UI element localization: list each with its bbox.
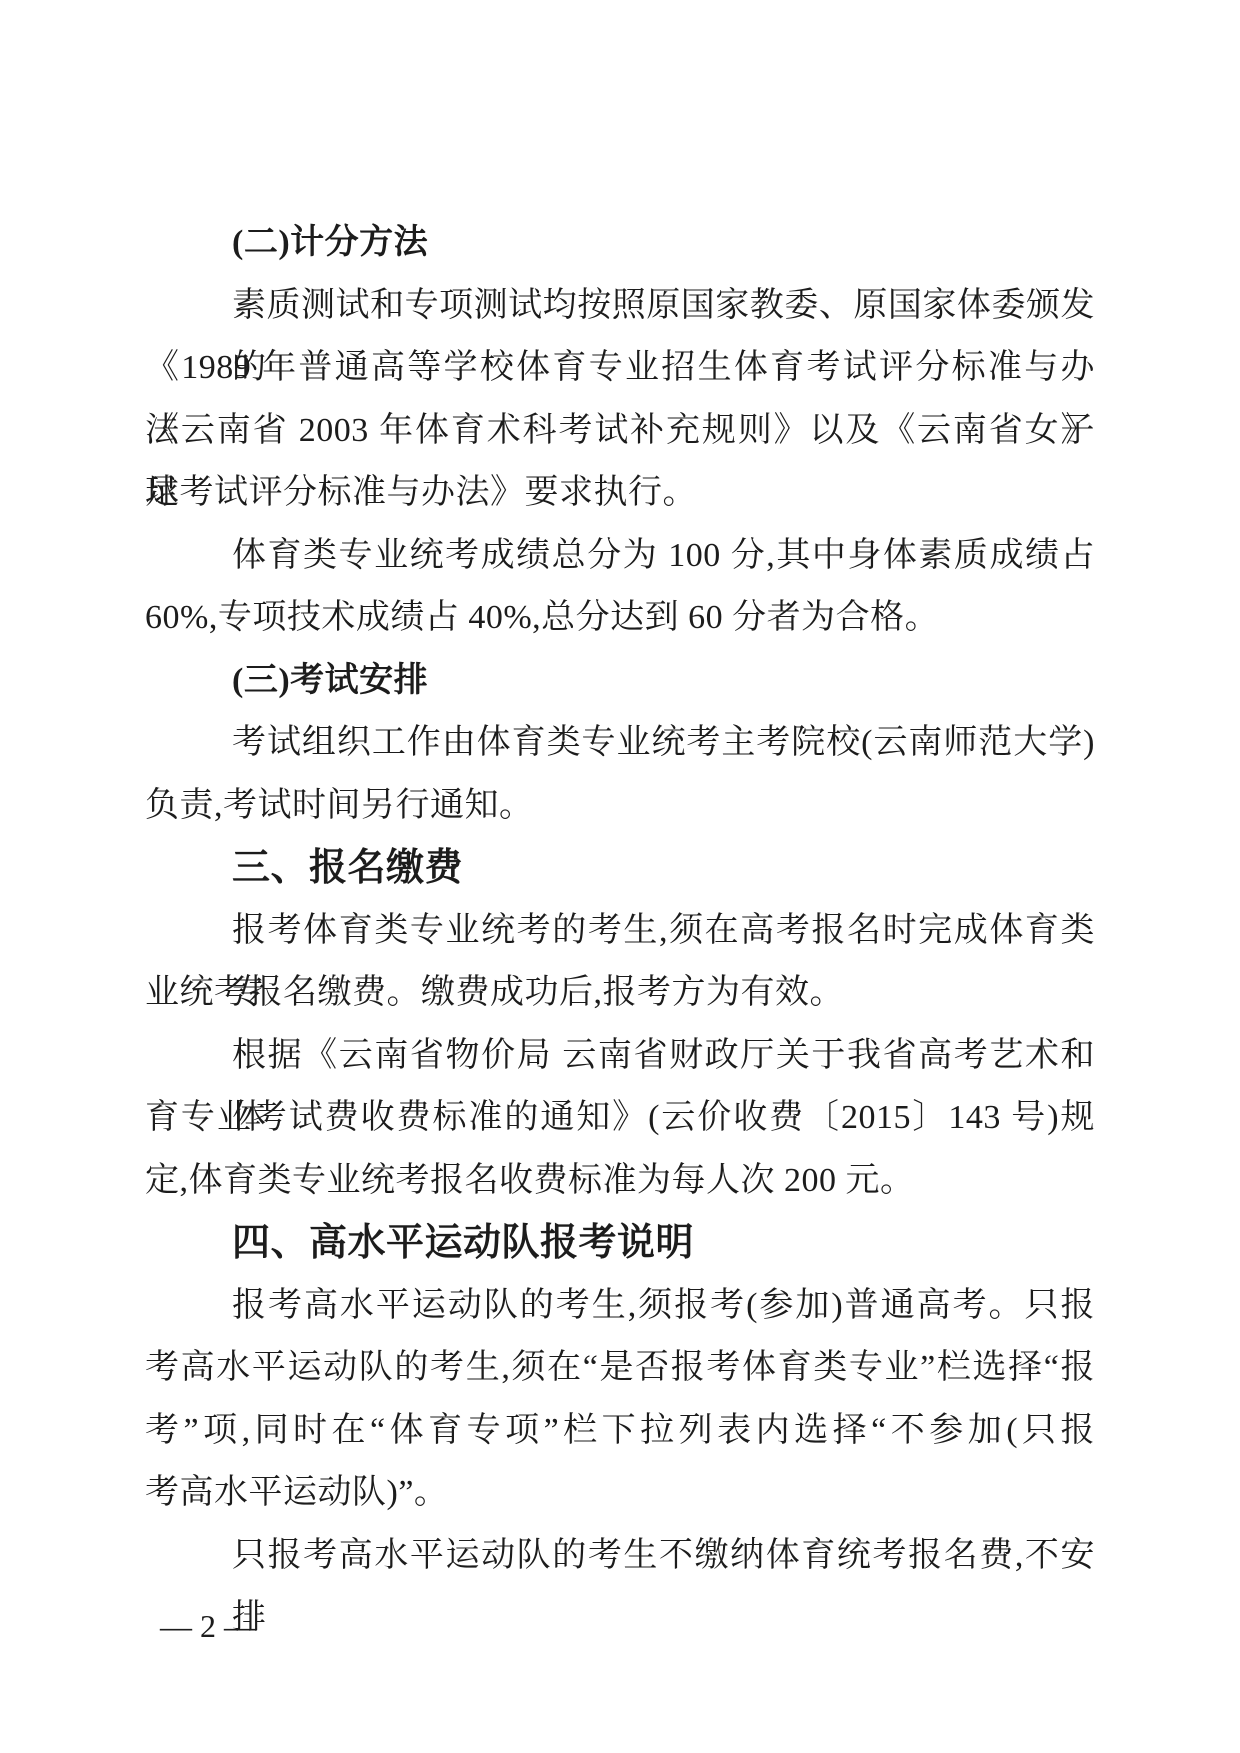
- text-line: 考高水平运动队的考生,须在“是否报考体育类专业”栏选择“报: [145, 1337, 1095, 1400]
- text-line: 《云南省 2003 年体育术科考试补充规则》以及《云南省女子足: [145, 400, 1095, 463]
- text-line: 考高水平运动队)”。: [145, 1462, 1095, 1525]
- page-footer: — 2 —: [160, 1604, 256, 1648]
- text-line: 60%,专项技术成绩占 40%,总分达到 60 分者为合格。: [145, 587, 1095, 650]
- page-number: — 2 —: [160, 1608, 256, 1644]
- text-line: 定,体育类专业统考报名收费标准为每人次 200 元。: [145, 1150, 1095, 1213]
- text-line: 考试组织工作由体育类专业统考主考院校(云南师范大学): [145, 712, 1095, 775]
- text-line: 育专业考试费收费标准的通知》(云价收费〔2015〕143 号)规: [145, 1087, 1095, 1150]
- heading-kai-line: (三)考试安排: [145, 650, 1095, 713]
- document-content: (二)计分方法素质测试和专项测试均按照原国家教委、原国家体委颁发的《1989 年…: [145, 212, 1095, 1587]
- text-line: 根据《云南省物价局 云南省财政厅关于我省高考艺术和体: [145, 1025, 1095, 1088]
- text-line: 球考试评分标准与办法》要求执行。: [145, 462, 1095, 525]
- document-page: (二)计分方法素质测试和专项测试均按照原国家教委、原国家体委颁发的《1989 年…: [0, 0, 1240, 1753]
- text-line: 《1989 年普通高等学校体育专业招生体育考试评分标准与办法》: [145, 337, 1095, 400]
- text-line: 负责,考试时间另行通知。: [145, 775, 1095, 838]
- heading-bold-line: 四、高水平运动队报考说明: [145, 1212, 1095, 1275]
- text-line: 只报考高水平运动队的考生不缴纳体育统考报名费,不安排: [145, 1525, 1095, 1588]
- heading-bold-line: 三、报名缴费: [145, 837, 1095, 900]
- heading-kai-line: (二)计分方法: [145, 212, 1095, 275]
- text-line: 体育类专业统考成绩总分为 100 分,其中身体素质成绩占: [145, 525, 1095, 588]
- text-line: 素质测试和专项测试均按照原国家教委、原国家体委颁发的: [145, 275, 1095, 338]
- text-line: 报考体育类专业统考的考生,须在高考报名时完成体育类专: [145, 900, 1095, 963]
- text-line: 考”项,同时在“体育专项”栏下拉列表内选择“不参加(只报: [145, 1400, 1095, 1463]
- text-line: 业统考报名缴费。缴费成功后,报考方为有效。: [145, 962, 1095, 1025]
- text-line: 报考高水平运动队的考生,须报考(参加)普通高考。只报: [145, 1275, 1095, 1338]
